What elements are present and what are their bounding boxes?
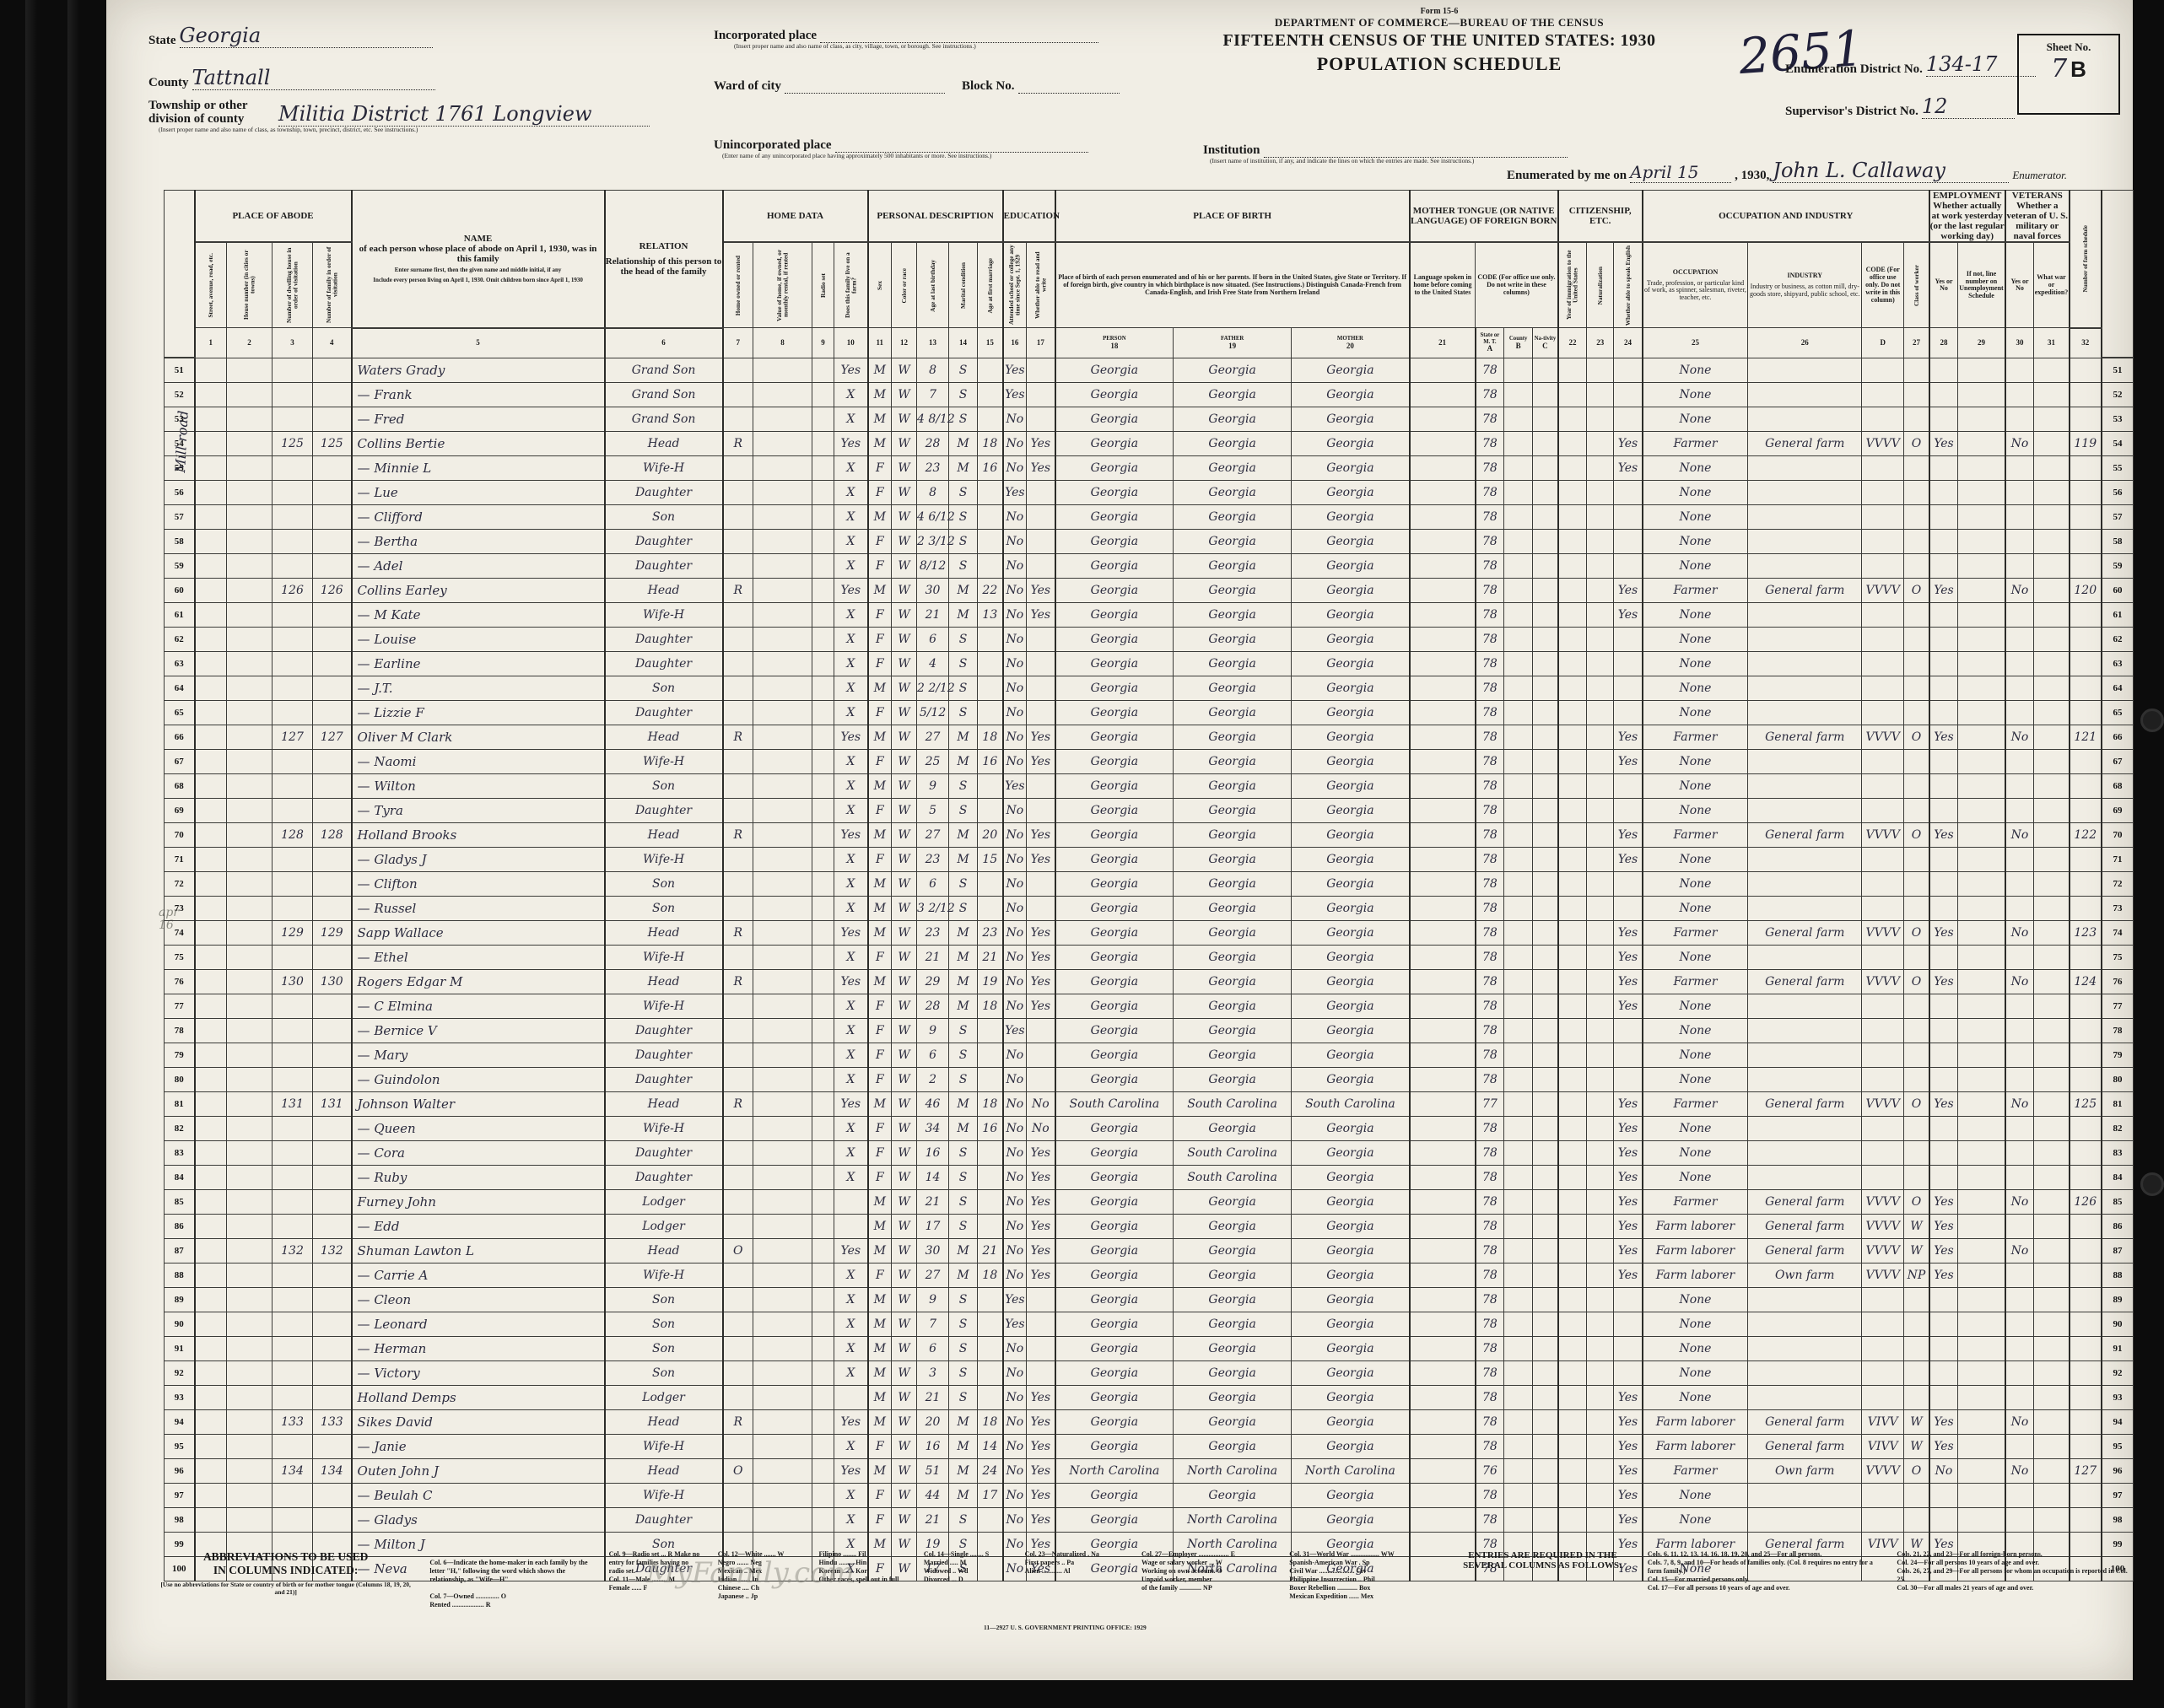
cell-english: Yes	[1614, 1239, 1643, 1263]
cell-industry	[1748, 1386, 1862, 1410]
cell-dwelling	[273, 530, 313, 554]
cell-family	[313, 799, 352, 823]
cell-read: Yes	[1027, 1239, 1055, 1263]
cell-age_married	[978, 383, 1003, 407]
table-row: 65— Lizzie FDaughterXFW5/12SNoGeorgiaGeo…	[165, 701, 2134, 725]
cell-dwelling	[273, 505, 313, 530]
cell-class_worker: O	[1904, 823, 1929, 848]
cell-farm: X	[834, 994, 868, 1019]
cell-marital: M	[949, 1410, 978, 1435]
cell-farm_sched	[2070, 897, 2102, 921]
cell-value	[753, 407, 812, 432]
cell-farm_sched: 125	[2070, 1092, 2102, 1117]
cell-bp_person: Georgia	[1055, 921, 1174, 946]
cell-class_worker	[1904, 1288, 1929, 1312]
cell-value	[753, 946, 812, 970]
sd-label: Supervisor's District No.	[1785, 105, 1918, 118]
cell-read: Yes	[1027, 1410, 1055, 1435]
cell-age: 23	[917, 848, 949, 872]
abbr-col23: Col. 23—Naturalized . Na First papers ..…	[1025, 1550, 1126, 1677]
cell-house	[227, 676, 273, 701]
cell-farm	[834, 1386, 868, 1410]
cell-age: 6	[917, 1337, 949, 1361]
cell-language	[1410, 750, 1476, 774]
cell-farm_sched: 121	[2070, 725, 2102, 750]
cell-farm: X	[834, 481, 868, 505]
cell-code_c	[1533, 1459, 1558, 1484]
cell-language	[1410, 1508, 1476, 1533]
cell-line_r: 82	[2102, 1117, 2134, 1141]
cell-dwelling	[273, 1386, 313, 1410]
cell-street	[195, 946, 227, 970]
film-streak	[67, 0, 79, 1708]
cell-street	[195, 358, 227, 383]
cell-naturalization	[1587, 603, 1614, 628]
cell-english: Yes	[1614, 1410, 1643, 1435]
cell-color: W	[892, 1312, 917, 1337]
cell-relation: Daughter	[605, 530, 723, 554]
cell-relation: Wife-H	[605, 1117, 723, 1141]
cell-dwelling	[273, 1361, 313, 1386]
cell-bp_father: Georgia	[1174, 481, 1292, 505]
cell-unemp	[1958, 1410, 2005, 1435]
cell-bp_person: Georgia	[1055, 1117, 1174, 1141]
cell-value	[753, 1190, 812, 1215]
cell-house	[227, 1043, 273, 1068]
cell-marital: S	[949, 1043, 978, 1068]
cell-name: Shuman Lawton L	[352, 1239, 605, 1263]
cell-value	[753, 358, 812, 383]
col-21-header: Language spoken in home before coming to…	[1410, 242, 1476, 328]
cell-code_c	[1533, 1117, 1558, 1141]
cell-school: No	[1003, 456, 1027, 481]
cell-war	[2034, 456, 2070, 481]
cell-street	[195, 921, 227, 946]
cell-bp_mother: Georgia	[1292, 1386, 1410, 1410]
cell-line_r: 67	[2102, 750, 2134, 774]
cell-bp_father: Georgia	[1174, 1190, 1292, 1215]
cell-language	[1410, 505, 1476, 530]
cell-bp_father: South Carolina	[1174, 1141, 1292, 1166]
cell-bp_mother: Georgia	[1292, 725, 1410, 750]
cell-veteran	[2005, 848, 2034, 872]
cell-read	[1027, 1068, 1055, 1092]
cell-code_c	[1533, 628, 1558, 652]
cell-bp_person: Georgia	[1055, 1263, 1174, 1288]
cell-veteran	[2005, 799, 2034, 823]
table-row: 56— LueDaughterXFW8SYesGeorgiaGeorgiaGeo…	[165, 481, 2134, 505]
cell-age_married: 18	[978, 994, 1003, 1019]
cell-line: 63	[165, 652, 195, 676]
cell-farm: X	[834, 1166, 868, 1190]
cell-dwelling	[273, 1190, 313, 1215]
cell-street	[195, 725, 227, 750]
cell-dwelling: 132	[273, 1239, 313, 1263]
cell-code_b	[1504, 1239, 1533, 1263]
cell-home	[723, 383, 753, 407]
cell-veteran	[2005, 1141, 2034, 1166]
cell-street	[195, 848, 227, 872]
table-row: 70128128Holland BrooksHeadRYesMW27M20NoY…	[165, 823, 2134, 848]
cell-industry	[1748, 799, 1862, 823]
cell-farm: Yes	[834, 358, 868, 383]
cell-street	[195, 1386, 227, 1410]
cell-read: Yes	[1027, 1484, 1055, 1508]
cell-street	[195, 1410, 227, 1435]
cell-veteran	[2005, 358, 2034, 383]
cell-family	[313, 628, 352, 652]
cell-code_c	[1533, 432, 1558, 456]
cell-school: No	[1003, 1166, 1027, 1190]
cell-sex: M	[868, 823, 892, 848]
cell-bp_father: Georgia	[1174, 652, 1292, 676]
cell-code_b	[1504, 505, 1533, 530]
cell-relation: Grand Son	[605, 407, 723, 432]
cell-read: Yes	[1027, 1190, 1055, 1215]
cell-code_b	[1504, 1410, 1533, 1435]
cell-read	[1027, 554, 1055, 579]
cell-home	[723, 750, 753, 774]
cell-line: 73	[165, 897, 195, 921]
cell-family	[313, 750, 352, 774]
county-label: County	[148, 76, 189, 89]
cell-year_imm	[1558, 970, 1587, 994]
cell-value	[753, 1166, 812, 1190]
cell-unemp	[1958, 1043, 2005, 1068]
cell-dwelling: 133	[273, 1410, 313, 1435]
cell-radio	[812, 1141, 834, 1166]
cell-naturalization	[1587, 1386, 1614, 1410]
form-number: Form 15-6	[1169, 7, 1709, 16]
cell-name: — Lizzie F	[352, 701, 605, 725]
cell-name: Johnson Walter	[352, 1092, 605, 1117]
cell-code_c	[1533, 652, 1558, 676]
cell-bp_person: Georgia	[1055, 1312, 1174, 1337]
cell-occupation: None	[1643, 1508, 1748, 1533]
cell-radio	[812, 676, 834, 701]
cell-relation: Son	[605, 1361, 723, 1386]
abbr-col9-text: Col. 9—Radio set ... R Make no entry for…	[609, 1550, 703, 1576]
cell-line: 72	[165, 872, 195, 897]
cell-house	[227, 505, 273, 530]
cell-farm: X	[834, 872, 868, 897]
cell-war	[2034, 1484, 2070, 1508]
cell-name: — J.T.	[352, 676, 605, 701]
cell-war	[2034, 774, 2070, 799]
cell-naturalization	[1587, 407, 1614, 432]
cell-age: 6	[917, 1043, 949, 1068]
cell-line: 69	[165, 799, 195, 823]
col-29-header: If not, line number on Unemployment Sche…	[1958, 242, 2005, 328]
cell-school: No	[1003, 725, 1027, 750]
cell-code_d	[1862, 1508, 1904, 1533]
cell-farm_sched	[2070, 1019, 2102, 1043]
cell-marital: M	[949, 823, 978, 848]
cell-occupation: Farmer	[1643, 1190, 1748, 1215]
cell-sex: F	[868, 1166, 892, 1190]
cell-class_worker	[1904, 701, 1929, 725]
cell-veteran	[2005, 676, 2034, 701]
cell-code_a: 78	[1476, 725, 1504, 750]
cell-farm: Yes	[834, 725, 868, 750]
cell-marital: M	[949, 1092, 978, 1117]
cell-age_married	[978, 554, 1003, 579]
cell-bp_father: Georgia	[1174, 603, 1292, 628]
cell-unemp	[1958, 628, 2005, 652]
cell-color: W	[892, 1508, 917, 1533]
cell-code_c	[1533, 750, 1558, 774]
cell-language	[1410, 1043, 1476, 1068]
cell-unemp	[1958, 774, 2005, 799]
cell-code_a: 78	[1476, 505, 1504, 530]
cell-marital: S	[949, 872, 978, 897]
cell-dwelling	[273, 676, 313, 701]
cell-radio	[812, 848, 834, 872]
cell-house	[227, 774, 273, 799]
cell-class_worker	[1904, 1117, 1929, 1141]
cell-relation: Daughter	[605, 1019, 723, 1043]
cell-unemp	[1958, 1166, 2005, 1190]
cell-unemp	[1958, 1092, 2005, 1117]
cell-code_a: 78	[1476, 579, 1504, 603]
table-row: 66127127Oliver M ClarkHeadRYesMW27M18NoY…	[165, 725, 2134, 750]
cell-code_b	[1504, 1190, 1533, 1215]
cell-bp_mother: Georgia	[1292, 1508, 1410, 1533]
cell-school: No	[1003, 603, 1027, 628]
cell-farm: X	[834, 774, 868, 799]
cell-bp_person: South Carolina	[1055, 1092, 1174, 1117]
column-number: 27	[1904, 328, 1929, 358]
cell-color: W	[892, 481, 917, 505]
cell-age_married: 13	[978, 603, 1003, 628]
cell-code_c	[1533, 407, 1558, 432]
cell-dwelling	[273, 1117, 313, 1141]
cell-relation: Daughter	[605, 554, 723, 579]
cell-line_r: 80	[2102, 1068, 2134, 1092]
sheet-footer: ABBREVIATIONS TO BE USED IN COLUMNS INDI…	[157, 1550, 2131, 1677]
cell-industry	[1748, 897, 1862, 921]
cell-age_married: 18	[978, 1410, 1003, 1435]
cell-english	[1614, 1312, 1643, 1337]
cell-war	[2034, 970, 2070, 994]
column-number: 4	[313, 328, 352, 358]
cell-english: Yes	[1614, 994, 1643, 1019]
cell-read: Yes	[1027, 603, 1055, 628]
cell-marital: S	[949, 1337, 978, 1361]
cell-worked: Yes	[1929, 579, 1958, 603]
cell-war	[2034, 1435, 2070, 1459]
cell-line: 82	[165, 1117, 195, 1141]
cell-street	[195, 456, 227, 481]
cell-unemp	[1958, 652, 2005, 676]
cell-marital: M	[949, 848, 978, 872]
cell-house	[227, 848, 273, 872]
cell-dwelling	[273, 481, 313, 505]
cell-naturalization	[1587, 1288, 1614, 1312]
cell-street	[195, 701, 227, 725]
cell-age_married	[978, 774, 1003, 799]
cell-war	[2034, 1019, 2070, 1043]
cell-bp_father: Georgia	[1174, 994, 1292, 1019]
cell-home	[723, 554, 753, 579]
cell-sex: M	[868, 1239, 892, 1263]
cell-code_c	[1533, 946, 1558, 970]
cell-veteran	[2005, 530, 2034, 554]
cell-english: Yes	[1614, 750, 1643, 774]
cell-color: W	[892, 725, 917, 750]
cell-code_a: 78	[1476, 1508, 1504, 1533]
cell-value	[753, 383, 812, 407]
cell-line: 68	[165, 774, 195, 799]
cell-industry: General farm	[1748, 579, 1862, 603]
cell-code_d: VVVV	[1862, 579, 1904, 603]
cell-house	[227, 628, 273, 652]
cell-code_b	[1504, 725, 1533, 750]
cell-code_d	[1862, 652, 1904, 676]
cell-age: 9	[917, 1019, 949, 1043]
enumerator-label: Enumerator.	[2012, 169, 2067, 181]
cell-unemp	[1958, 1484, 2005, 1508]
column-number: Na-tivityC	[1533, 328, 1558, 358]
cell-class_worker: NP	[1904, 1263, 1929, 1288]
cell-color: W	[892, 1043, 917, 1068]
cell-veteran	[2005, 383, 2034, 407]
cell-war	[2034, 505, 2070, 530]
cell-code_c	[1533, 1215, 1558, 1239]
cell-class_worker	[1904, 1312, 1929, 1337]
cell-radio	[812, 554, 834, 579]
cell-year_imm	[1558, 1068, 1587, 1092]
cell-radio	[812, 1043, 834, 1068]
cell-line_r: 64	[2102, 676, 2134, 701]
column-number: 14	[949, 328, 978, 358]
cell-bp_father: Georgia	[1174, 848, 1292, 872]
cell-code_a: 78	[1476, 358, 1504, 383]
cell-school: No	[1003, 897, 1027, 921]
cell-naturalization	[1587, 1068, 1614, 1092]
cell-age_married: 18	[978, 725, 1003, 750]
cell-line_r: 68	[2102, 774, 2134, 799]
cell-value	[753, 1312, 812, 1337]
cell-code_b	[1504, 1508, 1533, 1533]
cell-farm: X	[834, 1043, 868, 1068]
col-26-header: INDUSTRY Industry or business, as cotton…	[1748, 242, 1862, 328]
employment-desc: Whether actually at work yesterday (or t…	[1930, 201, 2005, 241]
cell-marital: S	[949, 1190, 978, 1215]
sheet-letter: B	[2070, 57, 2086, 82]
sd-value: 12	[1922, 94, 1948, 118]
cell-house	[227, 456, 273, 481]
cell-code_a: 78	[1476, 1019, 1504, 1043]
cell-age: 23	[917, 921, 949, 946]
cell-home	[723, 1337, 753, 1361]
cell-marital: M	[949, 994, 978, 1019]
cell-code_a: 78	[1476, 921, 1504, 946]
cell-family	[313, 1312, 352, 1337]
cell-bp_person: Georgia	[1055, 358, 1174, 383]
cell-naturalization	[1587, 970, 1614, 994]
cell-name: Outen John J	[352, 1459, 605, 1484]
col-relation-header: RELATION Relationship of this person to …	[605, 191, 723, 328]
cell-veteran	[2005, 407, 2034, 432]
cell-naturalization	[1587, 823, 1614, 848]
column-number: FATHER19	[1174, 328, 1292, 358]
cell-code_b	[1504, 1092, 1533, 1117]
cell-code_d	[1862, 1068, 1904, 1092]
ed-label: Enumeration District No.	[1785, 62, 1923, 76]
cell-bp_person: Georgia	[1055, 652, 1174, 676]
cell-code_a: 78	[1476, 1239, 1504, 1263]
cell-farm: Yes	[834, 579, 868, 603]
cell-age_married: 18	[978, 1092, 1003, 1117]
cell-sex: F	[868, 1435, 892, 1459]
cell-home	[723, 897, 753, 921]
cell-occupation: None	[1643, 799, 1748, 823]
cell-code_b	[1504, 701, 1533, 725]
cell-sex: F	[868, 994, 892, 1019]
cell-read: Yes	[1027, 946, 1055, 970]
cell-english: Yes	[1614, 456, 1643, 481]
cell-read: Yes	[1027, 823, 1055, 848]
cell-war	[2034, 652, 2070, 676]
cell-radio	[812, 1484, 834, 1508]
cell-veteran	[2005, 1263, 2034, 1288]
cell-worked	[1929, 1019, 1958, 1043]
cell-family	[313, 358, 352, 383]
cell-line_r: 51	[2102, 358, 2134, 383]
cell-farm: Yes	[834, 970, 868, 994]
cell-age_married	[978, 358, 1003, 383]
cell-name: — Louise	[352, 628, 605, 652]
cell-home	[723, 530, 753, 554]
cell-war	[2034, 1312, 2070, 1337]
cell-code_c	[1533, 994, 1558, 1019]
cell-line: 52	[165, 383, 195, 407]
cell-age: 21	[917, 1386, 949, 1410]
cell-school: No	[1003, 1043, 1027, 1068]
cell-language	[1410, 628, 1476, 652]
cell-class_worker	[1904, 1361, 1929, 1386]
cell-naturalization	[1587, 676, 1614, 701]
cell-bp_father: Georgia	[1174, 1410, 1292, 1435]
cell-code_d: VIVV	[1862, 1435, 1904, 1459]
cell-color: W	[892, 897, 917, 921]
col-24-label: Whether able to speak English	[1625, 245, 1632, 326]
cell-color: W	[892, 383, 917, 407]
cell-occupation: None	[1643, 946, 1748, 970]
cell-english: Yes	[1614, 1215, 1643, 1239]
cell-bp_father: Georgia	[1174, 1043, 1292, 1068]
cell-street	[195, 383, 227, 407]
cell-bp_father: Georgia	[1174, 970, 1292, 994]
cell-code_b	[1504, 383, 1533, 407]
cell-line_r: 53	[2102, 407, 2134, 432]
cell-dwelling	[273, 872, 313, 897]
cell-line: 81	[165, 1092, 195, 1117]
cell-code_d: VVVV	[1862, 1459, 1904, 1484]
cell-age_married	[978, 676, 1003, 701]
cell-sex: M	[868, 897, 892, 921]
cell-code_c	[1533, 1263, 1558, 1288]
cell-name: — Bernice V	[352, 1019, 605, 1043]
cell-unemp	[1958, 481, 2005, 505]
cell-relation: Lodger	[605, 1215, 723, 1239]
cell-home	[723, 1141, 753, 1166]
cell-bp_father: Georgia	[1174, 554, 1292, 579]
cell-marital: S	[949, 1288, 978, 1312]
cell-color: W	[892, 1239, 917, 1263]
cell-age: 6	[917, 628, 949, 652]
